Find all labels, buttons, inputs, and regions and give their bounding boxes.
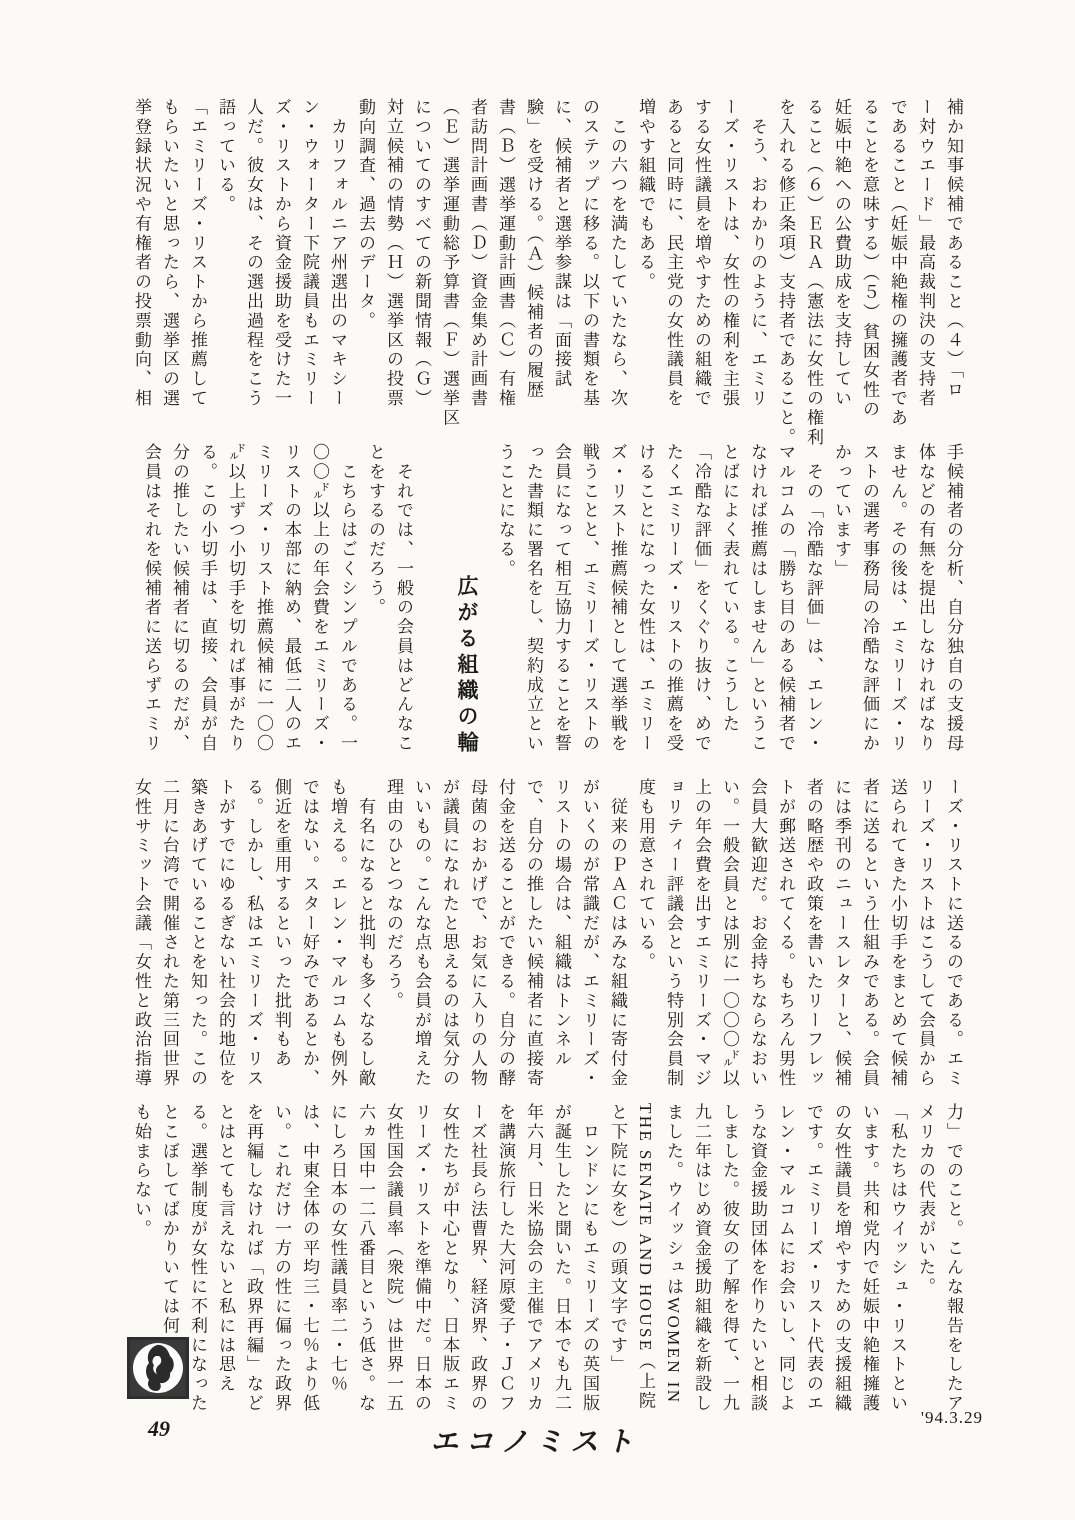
text-column: 有名になると批判も多くなるし敵 — [351, 778, 379, 1110]
page-number: 49 — [148, 1416, 170, 1442]
text-column: のステップに移る。以下の書類を基 — [575, 98, 603, 434]
text-column: 力」でのこと。こんな報告をしたア — [939, 1103, 967, 1441]
text-column: います。共和党内で妊娠中絶権擁護 — [855, 1103, 883, 1441]
text-column: 者に送るという仕組みである。会員 — [855, 778, 883, 1110]
text-column: けることになった女性は、エミリー — [631, 443, 659, 773]
text-column: とばによく表れている。こうした — [715, 443, 743, 773]
text-column: 女性サミット会議「女性と政治指導 — [127, 778, 155, 1110]
text-column: 従来のＰＡＣはみな組織に寄付金 — [603, 778, 631, 1110]
text-column: 「私たちはウイッシュ・リストとい — [883, 1103, 911, 1441]
text-column: は、中東全体の平均三・七％より低 — [295, 1103, 323, 1441]
text-column: で、自分の推したい候補者に直接寄 — [519, 778, 547, 1110]
text-column: この六つを満たしていたなら、次 — [603, 98, 631, 434]
text-column: ることを意味する）（５）貧困女性の — [855, 98, 883, 434]
text-column: です。エミリーズ・リスト代表のエ — [799, 1103, 827, 1441]
text-column: 「冷酷な評価」をくぐり抜け、めで — [687, 443, 715, 773]
text-column: の女性議員を増やすための支援組織 — [827, 1103, 855, 1441]
text-column: ました。ウイッシュはWOMEN IN — [659, 1103, 687, 1441]
text-column: 度も用意されている。 — [631, 778, 659, 1110]
end-mark-icon — [126, 1336, 190, 1400]
text-column: しました。彼女の了解を得て、一九 — [715, 1103, 743, 1441]
text-column: ㌦以上ずつ小切手を切れば事がたり — [221, 443, 249, 773]
band2-columns-right: 手候補者の分析、自分独自の支援母体などの有無を提出しなければなりません。その後は… — [491, 443, 967, 773]
text-column: とはとても言えないと私には思え — [211, 1103, 239, 1441]
text-column: する女性議員を増やすための組織で — [687, 98, 715, 434]
text-column: 妊娠中絶への公費助成を支持してい — [827, 98, 855, 434]
text-column: こちらはごくシンプルである。一 — [333, 443, 361, 773]
text-column: を講演旅行した大河原愛子・ＪＣフ — [491, 1103, 519, 1441]
text-column: ません。その後は、エミリーズ・リ — [883, 443, 911, 773]
text-column: 〇〇㌦以上の年会費をエミリーズ・ — [305, 443, 333, 773]
text-column: も増える。エレン・マルコムも例外 — [323, 778, 351, 1110]
text-column: ストの選考事務局の冷酷な評価にか — [855, 443, 883, 773]
text-column: と下院に女を）の頭文字です」 — [603, 1103, 631, 1441]
text-column: ミリーズ・リスト推薦候補に一〇〇 — [249, 443, 277, 773]
text-column: ロンドンにもエミリーズの英国版 — [575, 1103, 603, 1441]
text-column: たくエミリーズ・リストの推薦を受 — [659, 443, 687, 773]
text-column: い。これだけ一方の性に偏った政界 — [267, 1103, 295, 1441]
text-column: リーズ・リストを準備中だ。日本の — [407, 1103, 435, 1441]
text-column: いいもの。こんな点も会員が増えた — [407, 778, 435, 1110]
text-column: 増やす組織でもある。 — [631, 98, 659, 434]
text-column: 「エミリーズ・リストから推薦して — [183, 98, 211, 434]
text-column: 六ヵ国中一二八番目という低さ。な — [351, 1103, 379, 1441]
text-column: 年六月、日米協会の主催でアメリカ — [519, 1103, 547, 1441]
text-column: る。しかし、私はエミリーズ・リス — [239, 778, 267, 1110]
text-column: る。この小切手は、直接、会員が自 — [193, 443, 221, 773]
text-column: 築きあげていることを知った。この — [183, 778, 211, 1110]
article-band-4: 力」でのこと。こんな報告をしたアメリカの代表がいた。「私たちはウイッシュ・リスト… — [123, 1103, 967, 1441]
text-column: を再編しなければ「政界再編」など — [239, 1103, 267, 1441]
text-column: リストの場合は、組織はトンネル — [547, 778, 575, 1110]
text-column: であること（妊娠中絶権の擁護者であ — [883, 98, 911, 434]
text-column: がいくのが常識だが、エミリーズ・ — [575, 778, 603, 1110]
text-column: 母菌のおかげで、お気に入りの人物 — [463, 778, 491, 1110]
article-band-1: 補か知事候補であること（４）「ロー対ウエード」最高裁判決の支持者であること（妊娠… — [123, 98, 967, 434]
text-column: 送られてきた小切手をまとめて候補 — [883, 778, 911, 1110]
text-column: 上の年会費を出すエミリーズ・マジ — [687, 778, 715, 1110]
text-column: 体などの有無を提出しなければなり — [911, 443, 939, 773]
text-column: 人だ。彼女は、その選出過程をこう — [239, 98, 267, 434]
text-column: 理由のひとつなのだろう。 — [379, 778, 407, 1110]
text-column: 会員になって相互協力することを誓 — [547, 443, 575, 773]
text-column: ーズ・リストに送るのである。エミ — [939, 778, 967, 1110]
text-column: 手候補者の分析、自分独自の支援母 — [939, 443, 967, 773]
text-column: なければ推薦はしません」というこ — [743, 443, 771, 773]
text-column: 分の推したい候補者に切るのだが、 — [165, 443, 193, 773]
text-column: リストの本部に納め、最低二人のエ — [277, 443, 305, 773]
text-column: 付金を送ることができる。自分の酵 — [491, 778, 519, 1110]
text-column: 会員はそれを候補者に送らずエミリ — [137, 443, 165, 773]
text-column: が議員になれたと思えるのは気分の — [435, 778, 463, 1110]
text-column: リーズ・リストはこうして会員から — [911, 778, 939, 1110]
text-column: （Ｅ）選挙運動総予算書（Ｆ）選挙区 — [435, 98, 463, 434]
magazine-page: 補か知事候補であること（４）「ロー対ウエード」最高裁判決の支持者であること（妊娠… — [0, 0, 1075, 1520]
text-column: が誕生したと聞いた。日本でも九二 — [547, 1103, 575, 1441]
text-column: 書（Ｂ）選挙運動計画書（Ｃ）有権 — [491, 98, 519, 434]
text-column: THE SENATE AND HOUSE（上院 — [631, 1103, 659, 1441]
text-column: うことになる。 — [491, 443, 519, 773]
text-column: 戦うことと、エミリーズ・リストの — [575, 443, 603, 773]
band2-columns-left: それでは、一般の会員はどんなことをするのだろう。 こちらはごくシンプルである。一… — [137, 443, 417, 773]
text-column: ーズ社長ら法曹界、経済界、政界の — [463, 1103, 491, 1441]
text-column: マルコムの「勝ち目のある候補者で — [771, 443, 799, 773]
text-column: レン・マルコムにお会いし、同じよ — [771, 1103, 799, 1441]
text-column: あると同時に、民主党の女性議員を — [659, 98, 687, 434]
text-column: 動向調査、過去のデータ。 — [351, 98, 379, 434]
text-column: 側近を重用するといった批判もあ — [267, 778, 295, 1110]
text-column: うな資金援助団体を作りたいと相談 — [743, 1103, 771, 1441]
text-column: とをするのだろう。 — [361, 443, 389, 773]
text-column: ズ・リスト推薦候補として選挙戦を — [603, 443, 631, 773]
text-column: もらいたいと思ったら、選挙区の選 — [155, 98, 183, 434]
text-column: 者の略歴や政策を書いたリーフレッ — [799, 778, 827, 1110]
section-heading: 広がる組織の輪 — [451, 443, 481, 773]
text-column: ョリティー評議会という特別会員制 — [659, 778, 687, 1110]
text-column: ること（６）ＥＲＡ（憲法に女性の権利 — [799, 98, 827, 434]
text-column: ではない。スター好みであるとか、 — [295, 778, 323, 1110]
text-column: 九二年はじめ資金援助組織を新設し — [687, 1103, 715, 1441]
text-column: ー対ウエード」最高裁判決の支持者 — [911, 98, 939, 434]
text-column: に、候補者と選挙参謀は「面接試 — [547, 98, 575, 434]
text-column: い。一般会員とは別に一〇〇〇㌦以 — [715, 778, 743, 1110]
text-column: を入れる修正条項）支持者であること。 — [771, 98, 799, 434]
text-column: その「冷酷な評価」は、エレン・ — [799, 443, 827, 773]
text-column: メリカの代表がいた。 — [911, 1103, 939, 1441]
text-column: そう、おわかりのように、エミリ — [743, 98, 771, 434]
text-column: 女性国会議員率（衆院）は世界一五 — [379, 1103, 407, 1441]
text-column: には季刊のニュースレターと、候補 — [827, 778, 855, 1110]
text-column: 会員大歓迎だ。お金持ちならなおい — [743, 778, 771, 1110]
text-column: ン・ウォーター下院議員もエミリー — [295, 98, 323, 434]
text-column: 女性たちが中心となり、日本版エミ — [435, 1103, 463, 1441]
text-column: 二月に台湾で開催された第三回世界 — [155, 778, 183, 1110]
text-column: カリフォルニア州選出のマキシー — [323, 98, 351, 434]
text-column: 者訪問計画書（Ｄ）資金集め計画書 — [463, 98, 491, 434]
magazine-logo: エコノミスト — [428, 1420, 647, 1460]
text-column: ズ・リストから資金援助を受けた一 — [267, 98, 295, 434]
article-band-3: ーズ・リストに送るのである。エミリーズ・リストはこうして会員から送られてきた小切… — [123, 778, 967, 1110]
text-column: についてのすべての新聞情報（Ｇ） — [407, 98, 435, 434]
text-column: 語っている。 — [211, 98, 239, 434]
text-column: それでは、一般の会員はどんなこ — [389, 443, 417, 773]
text-column: った書類に署名をし、契約成立とい — [519, 443, 547, 773]
text-column: にしろ日本の女性議員率二・七％ — [323, 1103, 351, 1441]
article-band-2: 手候補者の分析、自分独自の支援母体などの有無を提出しなければなりません。その後は… — [123, 443, 967, 773]
text-column: 補か知事候補であること（４）「ロ — [939, 98, 967, 434]
text-column: 挙登録状況や有権者の投票動向、相 — [127, 98, 155, 434]
text-column: トが郵送されてくる。もちろん男性 — [771, 778, 799, 1110]
text-column: トがすでにゆるぎない社会的地位を — [211, 778, 239, 1110]
text-column: ーズ・リストは、女性の権利を主張 — [715, 98, 743, 434]
issue-date: '94.3.29 — [921, 1408, 983, 1428]
text-column: 対立候補の情勢（Ｈ）選挙区の投票 — [379, 98, 407, 434]
text-column: 験」を受ける。（Ａ）候補者の履歴 — [519, 98, 547, 434]
text-column: かっています」 — [827, 443, 855, 773]
